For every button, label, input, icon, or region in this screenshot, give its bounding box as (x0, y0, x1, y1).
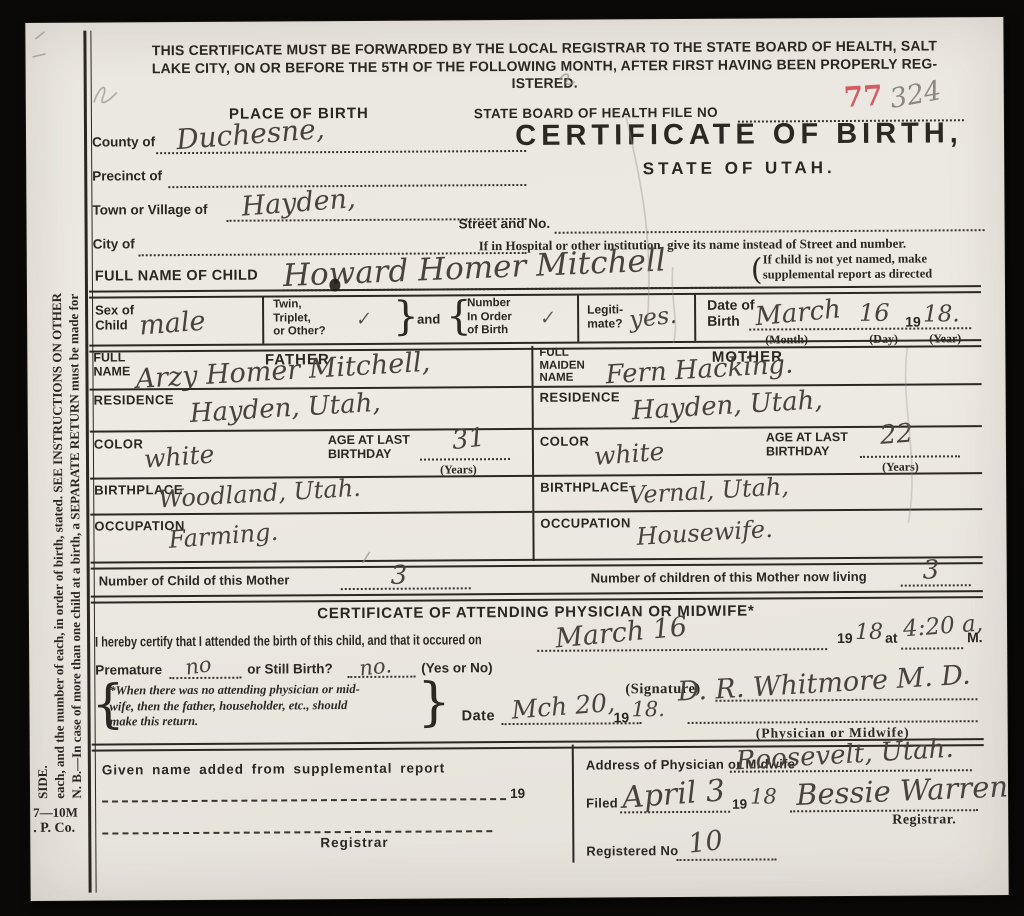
sex-cell-divider-3 (694, 295, 696, 341)
dob-month: March (754, 294, 842, 332)
mother-birthplace-label: BIRTHPLACE (540, 479, 629, 495)
supplemental-line (102, 798, 506, 802)
registrar-right-caption: Registrar. (892, 812, 956, 828)
physician-title: CERTIFICATE OF ATTENDING PHYSICIAN OR MI… (91, 601, 981, 623)
mother-residence-value: Hayden, Utah, (631, 385, 823, 426)
dob-year-written: 18. (923, 301, 960, 327)
street-label: Street and No. (459, 216, 551, 232)
town-label: Town or Village of (92, 202, 207, 218)
town-value: Hayden, (240, 183, 356, 223)
filed-value: April 3 (621, 773, 726, 816)
print-code-line1: 7—10M (33, 805, 78, 821)
child-name-value: Howard Homer Mitchell (282, 242, 666, 294)
child-name-note-paren: ( (751, 252, 763, 287)
filed-label: Filed (586, 795, 618, 810)
child-name-label: FULL NAME OF CHILD (95, 268, 258, 285)
dob-year-printed: 19 (905, 314, 921, 330)
registered-no-value: 10 (687, 825, 725, 860)
certificate-paper: N. B.—In case of more than one child at … (25, 17, 1008, 901)
registrar-left-caption: Registrar (320, 835, 388, 850)
occurred-time-line (901, 647, 963, 649)
sex-value: male (138, 306, 206, 342)
legitimate-label: Legiti- mate? (587, 302, 623, 330)
children-living-value: 3 (923, 555, 940, 585)
mother-color-label: COLOR (540, 434, 590, 449)
father-residence-value: Hayden, Utah, (189, 388, 381, 429)
filed-year-printed: 19 (732, 797, 747, 812)
father-color-label: COLOR (94, 436, 144, 451)
county-label: County of (92, 134, 155, 149)
mother-name-label: FULL MAIDEN NAME (539, 347, 585, 385)
order-label: Number In Order of Birth (467, 297, 512, 338)
father-age-label: AGE AT LAST BIRTHDAY (328, 433, 410, 462)
sex-label: Sex of Child (95, 302, 134, 332)
twin-mark: ✓ (354, 308, 372, 331)
stillbirth-value: no. (358, 653, 393, 680)
filed-year-written: 18 (750, 784, 777, 808)
physician-date-year-printed: 19 (614, 709, 630, 725)
physician-date-label: Date (462, 708, 496, 724)
child-name-note: If child is not yet named, make suppleme… (763, 251, 933, 282)
father-name-label: FULL NAME (93, 350, 130, 378)
mother-age-line (860, 455, 960, 458)
physmid-line (688, 720, 978, 724)
father-age-line (420, 458, 510, 461)
occurred-year-written: 18 (855, 620, 883, 645)
registrar-left-line (102, 830, 492, 834)
physician-date-value: Mch 20, (511, 688, 616, 725)
dob-label-1: Date of (707, 297, 755, 313)
and-label: and (417, 311, 440, 326)
physician-date-year-written: 18. (631, 697, 665, 721)
side-instructions: N. B.—In case of more than one child at … (29, 57, 86, 799)
child-number-value: 3 (391, 561, 408, 591)
occurred-at-label: at (885, 630, 898, 646)
sex-cell-divider-2 (577, 296, 579, 342)
precinct-label: Precinct of (92, 168, 162, 183)
mother-age-label: AGE AT LAST BIRTHDAY (766, 430, 848, 459)
legitimate-value: yes. (628, 301, 679, 334)
rule-under-parents (91, 556, 983, 569)
mother-name-line (534, 383, 982, 388)
father-birthplace-line (90, 511, 532, 516)
note-brace-close: } (417, 676, 450, 728)
city-label: City of (93, 236, 135, 251)
stillbirth-label: or Still Birth? (247, 661, 333, 677)
mother-occupation-value: Housewife. (636, 515, 774, 551)
father-color-value: white (143, 439, 215, 473)
mother-birthplace-line (534, 508, 982, 513)
mother-birthplace-value: Vernal, Utah, (628, 472, 790, 509)
father-age-value: 31 (450, 423, 486, 456)
rule-under-name (89, 285, 981, 298)
registrar-right-value: Bessie Warren (795, 769, 1008, 812)
father-residence-label: RESIDENCE (94, 392, 174, 407)
registered-no-label: Registered No (586, 843, 678, 859)
child-number-label: Number of Child of this Mother (99, 572, 290, 588)
certificate-subtitle: STATE OF UTAH. (494, 157, 984, 180)
physician-note: *When there was no attending physician o… (109, 682, 360, 730)
given-name-label: Given name added from supplemental repor… (102, 760, 445, 777)
mother-color-value: white (593, 437, 665, 471)
mother-residence-label: RESIDENCE (540, 389, 620, 404)
mother-age-value: 22 (879, 418, 914, 450)
mother-occupation-label: OCCUPATION (540, 515, 631, 531)
street-line (555, 229, 985, 234)
sex-cell-divider-1 (262, 298, 264, 344)
order-mark: ✓ (538, 307, 556, 330)
children-living-label: Number of children of this Mother now li… (591, 569, 867, 586)
pencil-scribble (32, 32, 45, 57)
occurred-year-printed: 19 (837, 630, 853, 646)
dob-label-2: Birth (707, 313, 740, 329)
parents-center-divider (531, 346, 534, 561)
brace-close: } (393, 297, 419, 337)
dob-day: 16 (859, 299, 890, 327)
certificate-title: CERTIFICATE OF BIRTH, (494, 117, 984, 153)
file-no-stamp: 77 (843, 79, 884, 114)
mother-residence-line (534, 425, 982, 430)
premature-value: no (184, 652, 213, 680)
physician-certify-label: I hereby certify that I attended the bir… (95, 631, 482, 649)
print-code-line2: . P. Co. (33, 821, 75, 837)
occurred-m-label: M. (967, 629, 983, 645)
double-vertical-rule (83, 31, 96, 893)
father-birthplace-value: Woodland, Utah. (158, 474, 362, 514)
supplemental-year-printed: 19 (510, 786, 525, 801)
twin-label: Twin, Triplet, or Other? (273, 298, 326, 339)
bottom-center-divider (572, 745, 575, 863)
